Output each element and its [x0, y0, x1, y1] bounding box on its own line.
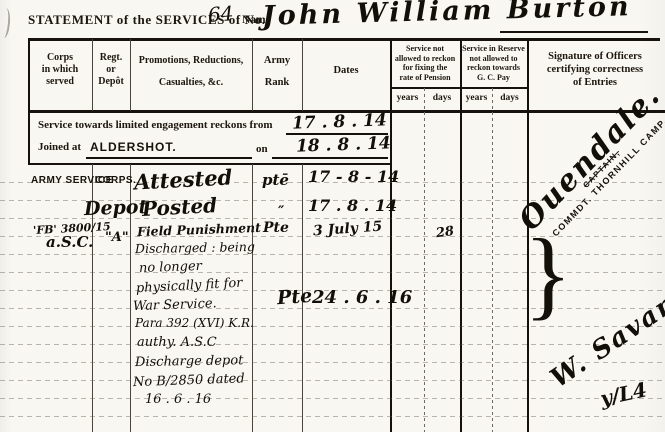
entry-date-1: 17 - 8 - 14 [308, 167, 399, 186]
col-header-corps: Corps in which served [30, 52, 90, 88]
engagement-reckons-date: 17 . 8 . 14 [292, 110, 387, 133]
officer-signature-1-block: Ouendale. CAPTAIN, COMMDT. THORNHILL CAM… [496, 61, 665, 265]
col-header-line: not allowed to [461, 54, 526, 64]
entry-ditto-rank: ″ [278, 204, 284, 220]
discharge-note-line: 16 . 6 . 16 [145, 392, 258, 411]
column-divider [130, 39, 131, 111]
discharge-note: Discharged : being no longer physically … [133, 240, 258, 411]
subcol-reserve-days: days [493, 93, 526, 103]
service-number-handwritten: 64 [207, 1, 234, 27]
officer-signature-1: Ouendale. [496, 61, 665, 254]
entry-depot: Depot [84, 196, 148, 220]
clerk-initials: y/L4 [598, 377, 649, 410]
joined-date-underline [272, 157, 388, 159]
discharge-note-line: War Service. [133, 295, 259, 318]
col-header-line: Service not [391, 44, 459, 54]
engagement-reckons-label: Service towards limited engagement recko… [38, 119, 273, 131]
col-header-line: Regt. [93, 52, 129, 64]
col-header-regt: Regt. or Depôt [93, 52, 129, 88]
entry-attested: Attested [133, 164, 232, 194]
ruled-line [0, 398, 665, 399]
on-label: on [256, 143, 268, 155]
col-header-line: Signature of Officers [529, 50, 661, 63]
col-header-dates: Dates [303, 65, 389, 76]
service-record-document: STATEMENT of the SERVICES of No. 64 Name… [0, 0, 665, 432]
entry-rank-1: ptē [262, 171, 289, 189]
col-header-line: Army [253, 55, 301, 67]
col-header-line: Service in Reserve [461, 44, 526, 54]
name-underline [500, 31, 648, 33]
subcol-pension-years: years [391, 93, 424, 103]
discharge-note-line: No B/2850 dated [133, 371, 259, 394]
col-header-pension: Service not allowed to reckon for fixing… [391, 44, 459, 82]
col-header-line: served [30, 76, 90, 88]
col-header-line: certifying correctness [529, 63, 661, 76]
corps-printed-corps: CORPS. [95, 175, 136, 186]
scan-artifact-mark [0, 7, 12, 38]
col-header-line: Casualties, &c. [132, 77, 250, 88]
col-header-rank: Army Rank [253, 55, 301, 89]
col-header-line: allowed to reckon [391, 54, 459, 64]
col-header-line: G. C. Pay [461, 73, 526, 83]
col-header-line: Depôt [93, 76, 129, 88]
col-header-line: or [93, 64, 129, 76]
col-header-line: for fixing the [391, 63, 459, 73]
col-header-line: rate of Pension [391, 73, 459, 83]
entry-date-2: 17 . 8 . 14 [308, 196, 397, 215]
discharge-note-line: Para 392 (XVI) K.R. [135, 316, 258, 335]
joined-place: ALDERSHOT. [90, 140, 177, 154]
entry-regt-a: "A" [105, 230, 129, 245]
ruled-line [0, 344, 665, 345]
col-header-line: Corps [30, 52, 90, 64]
name-signature: John William Burton [262, 0, 632, 32]
col-header-line: reckon towards [461, 63, 526, 73]
joined-date: 18 . 8 . 14 [296, 133, 391, 156]
entry-posted: Posted [141, 193, 217, 221]
subcol-pension-days: days [425, 93, 459, 103]
entry-date-4: 24 . 6 . 16 [312, 287, 412, 308]
entry-rank-3: Pte [263, 220, 289, 236]
col-header-reserve: Service in Reserve not allowed to reckon… [461, 44, 526, 82]
joined-underline [86, 157, 252, 159]
col-header-line: Promotions, Reductions, [132, 55, 250, 66]
ruled-line [0, 416, 665, 417]
col-header-line: Rank [253, 77, 301, 89]
entry-rank-4: Pte [276, 285, 313, 309]
joined-at-label: Joined at [38, 141, 81, 153]
discharge-note-line: authy. A.S.C [137, 335, 258, 354]
subcol-reserve-years: years [461, 93, 492, 103]
entries-brace: } [524, 224, 572, 324]
entry-corps-asc: a.S.C. [46, 233, 93, 251]
col-header-promotions: Promotions, Reductions, Casualties, &c. [132, 55, 250, 88]
entry-pension-days-28: 28 [435, 224, 455, 241]
table-top-border [28, 38, 660, 41]
col-header-line: in which [30, 64, 90, 76]
subheader-divider [390, 87, 527, 89]
